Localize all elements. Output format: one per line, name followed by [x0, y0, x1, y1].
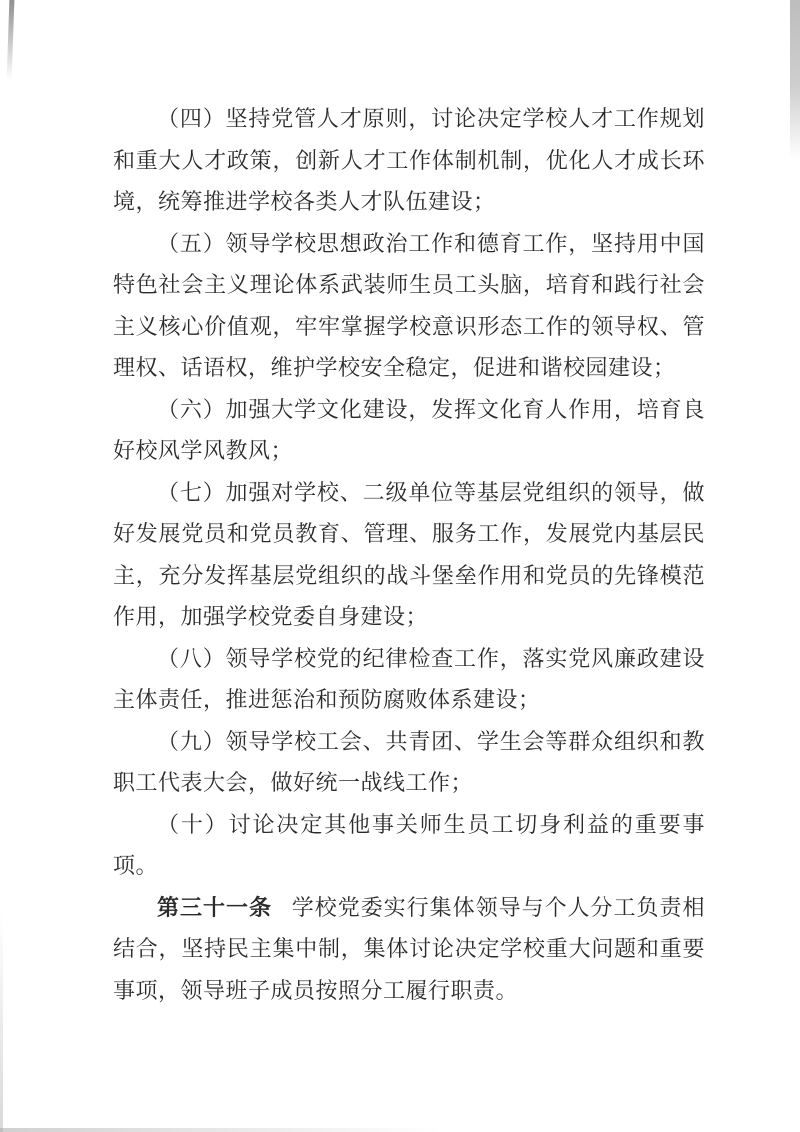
paragraph: （四）坚持党管人才原则，讨论决定学校人才工作规划和重大人才政策，创新人才工作体制…	[113, 98, 705, 223]
paragraph: （七）加强对学校、二级单位等基层党组织的领导，做好发展党员和党员教育、管理、服务…	[113, 472, 705, 638]
paragraph-text: （十）讨论决定其他事关师生员工切身利益的重要事项。	[113, 812, 705, 879]
paragraph: （十）讨论决定其他事关师生员工切身利益的重要事项。	[113, 804, 705, 887]
paragraph: （六）加强大学文化建设，发挥文化育人作用，培育良好校风学风教风；	[113, 389, 705, 472]
scan-artifact-left-edge	[0, 912, 3, 1132]
paragraph: （五）领导学校思想政治工作和德育工作，坚持用中国特色社会主义理论体系武装师生员工…	[113, 223, 705, 389]
paragraph-text: （六）加强大学文化建设，发挥文化育人作用，培育良好校风学风教风；	[113, 397, 705, 464]
document-body: （四）坚持党管人才原则，讨论决定学校人才工作规划和重大人才政策，创新人才工作体制…	[113, 98, 705, 1011]
paragraph-text: （八）领导学校党的纪律检查工作，落实党风廉政建设主体责任，推进惩治和预防腐败体系…	[113, 646, 705, 713]
scan-artifact-bottom-edge	[0, 1128, 440, 1132]
paragraph: 第三十一条学校党委实行集体领导与个人分工负责相结合，坚持民主集中制，集体讨论决定…	[113, 887, 705, 1012]
paragraph-text: （七）加强对学校、二级单位等基层党组织的领导，做好发展党员和党员教育、管理、服务…	[113, 480, 705, 630]
paragraph-text: （四）坚持党管人才原则，讨论决定学校人才工作规划和重大人才政策，创新人才工作体制…	[113, 106, 705, 214]
scan-artifact-right-edge	[790, 0, 800, 160]
paragraph-text: （五）领导学校思想政治工作和德育工作，坚持用中国特色社会主义理论体系武装师生员工…	[113, 231, 705, 381]
paragraph: （九）领导学校工会、共青团、学生会等群众组织和教职工代表大会，做好统一战线工作；	[113, 721, 705, 804]
scan-artifact-top-left-edge	[7, 0, 15, 80]
document-page: （四）坚持党管人才原则，讨论决定学校人才工作规划和重大人才政策，创新人才工作体制…	[0, 0, 800, 1132]
paragraph: （八）领导学校党的纪律检查工作，落实党风廉政建设主体责任，推进惩治和预防腐败体系…	[113, 638, 705, 721]
paragraph-lead: 第三十一条	[157, 895, 272, 920]
paragraph-text: （九）领导学校工会、共青团、学生会等群众组织和教职工代表大会，做好统一战线工作；	[113, 729, 705, 796]
